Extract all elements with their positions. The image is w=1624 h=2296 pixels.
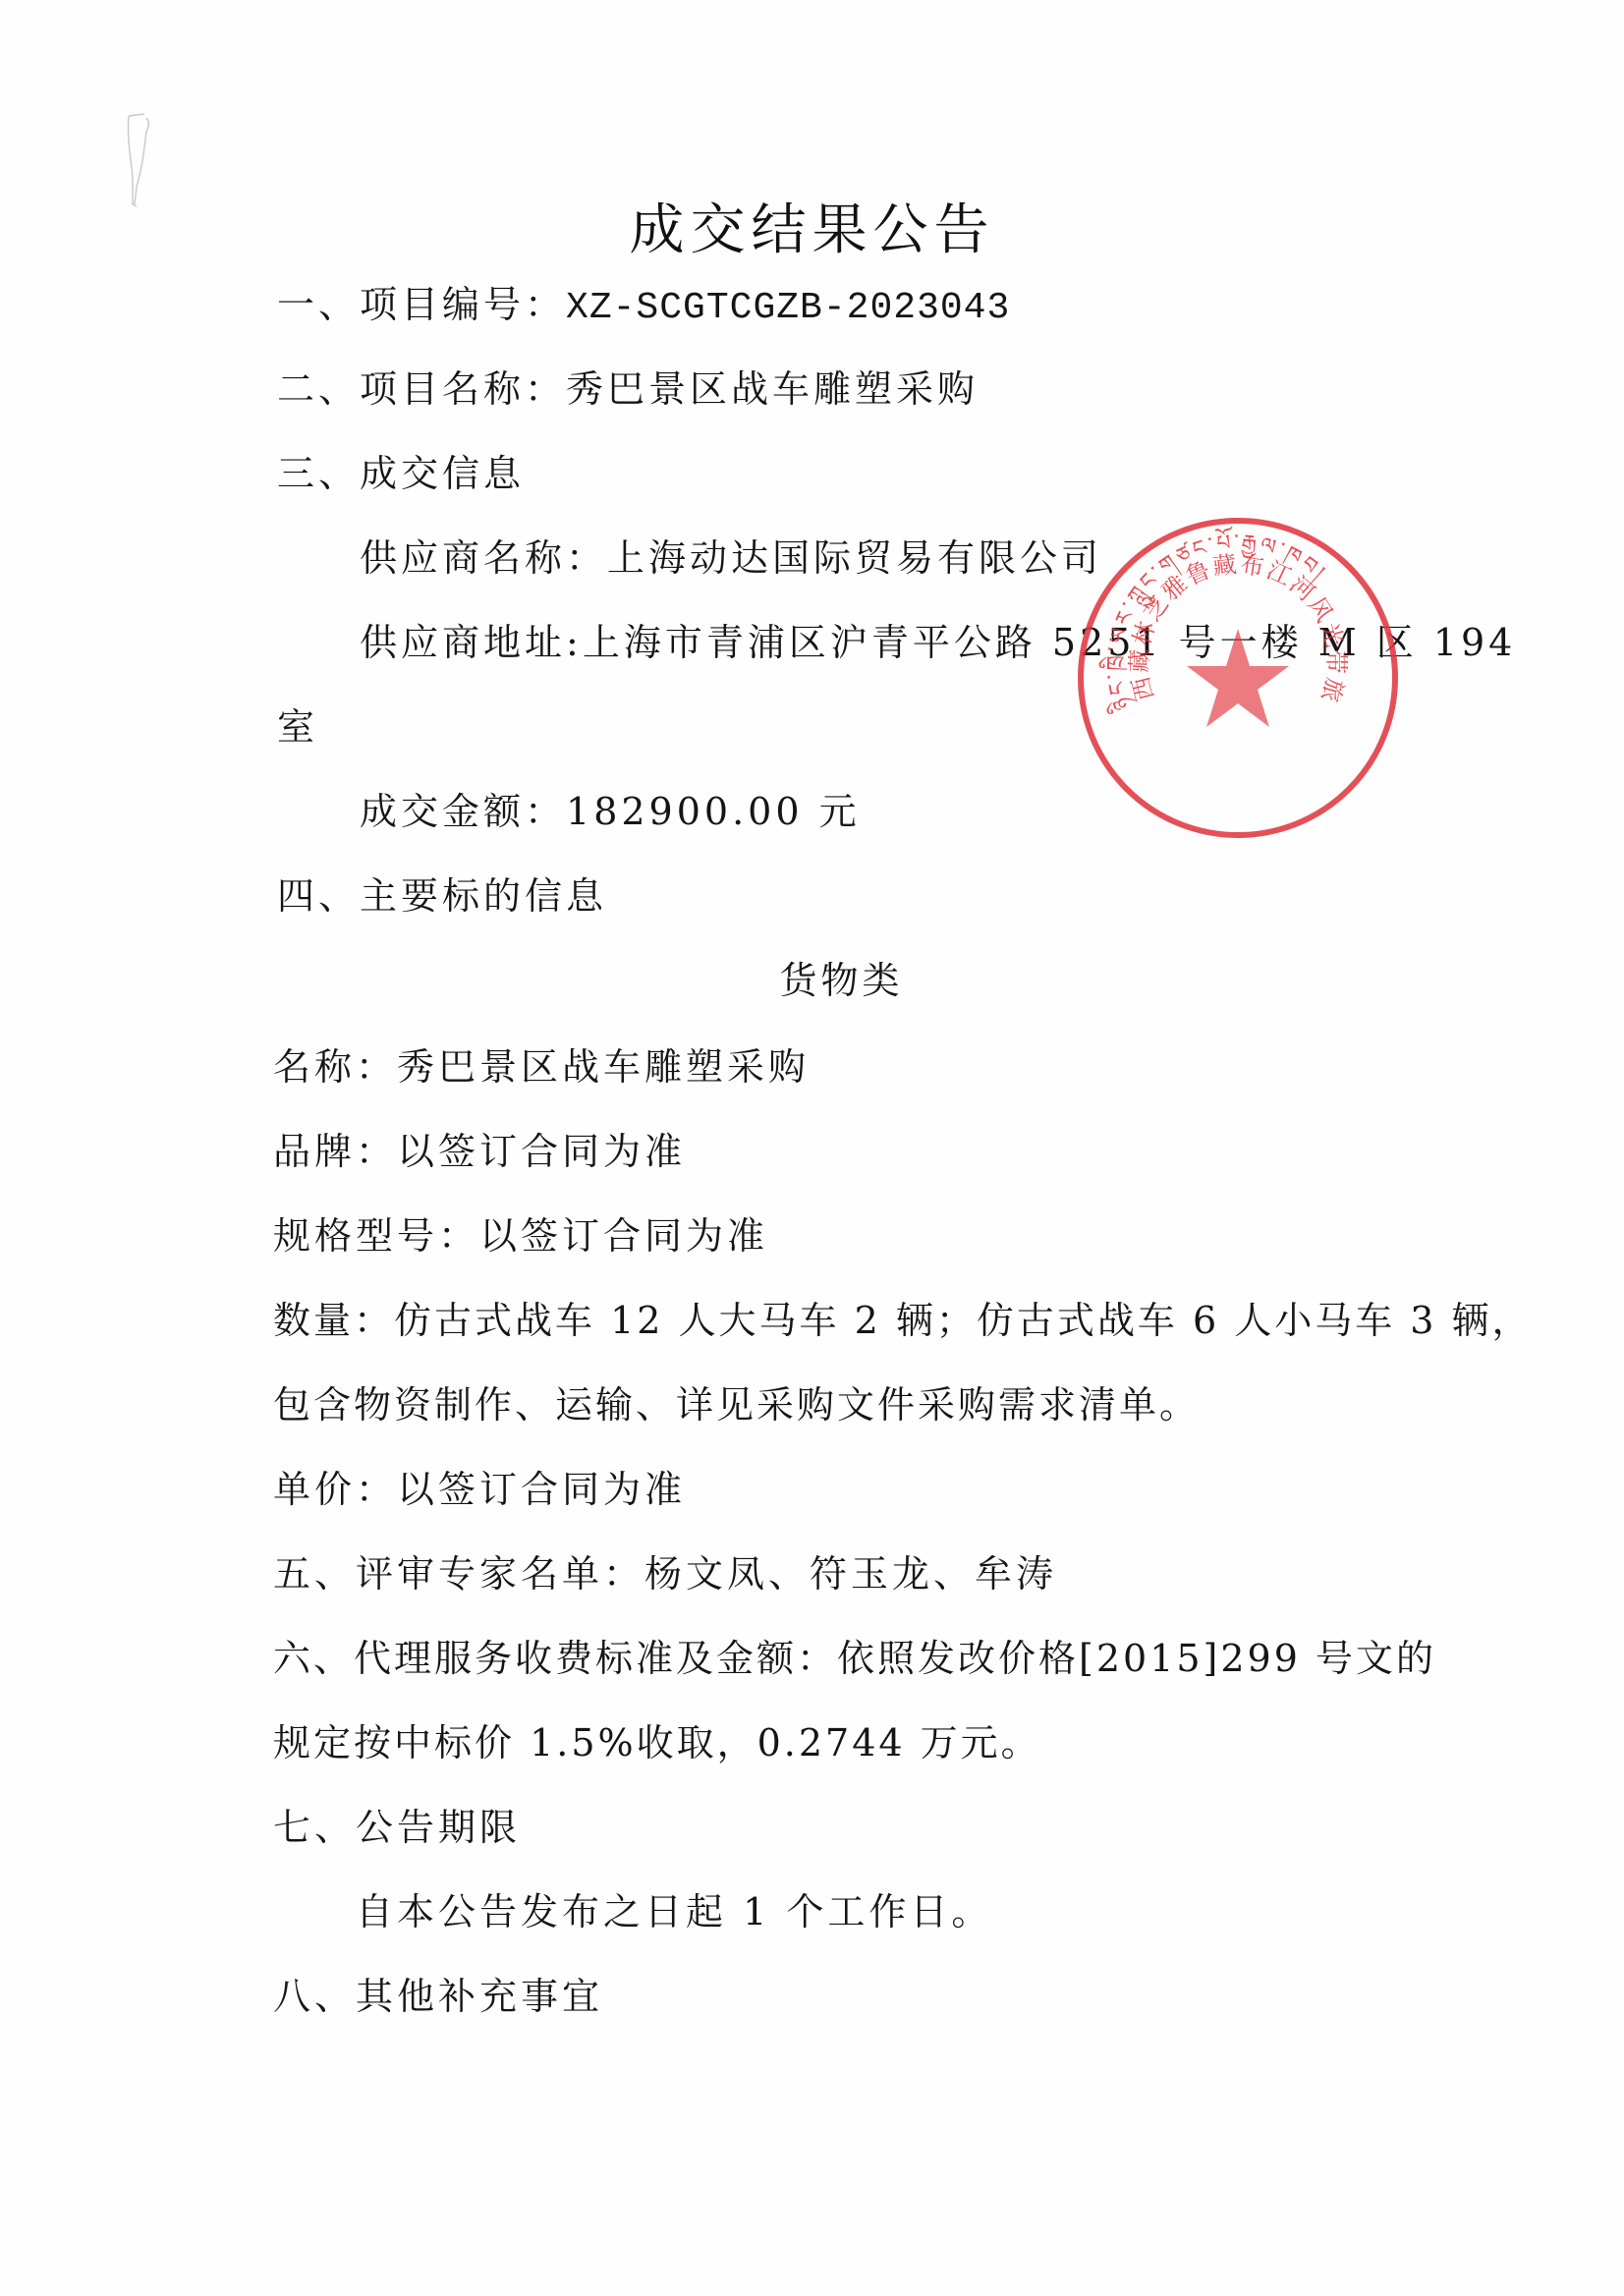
spec-row: 规格型号：以签订合同为准 xyxy=(273,1212,768,1260)
expert-list-label: 五、评审专家名单： xyxy=(273,1552,644,1596)
quantity-continuation: 包含物资制作、运输、详见采购文件采购需求清单。 xyxy=(273,1381,1200,1428)
goods-name-label: 名称： xyxy=(273,1045,397,1089)
unit-price-value: 以签订合同为准 xyxy=(397,1468,686,1511)
brand-value: 以签订合同为准 xyxy=(397,1130,686,1173)
project-name-value: 秀巴景区战车雕塑采购 xyxy=(566,367,979,411)
other-matters-heading: 八、其他补充事宜 xyxy=(273,1973,603,2020)
agency-fee-label: 六、代理服务收费标准及金额： xyxy=(273,1637,837,1680)
unit-price-row: 单价：以签订合同为准 xyxy=(273,1466,686,1513)
expert-list-row: 五、评审专家名单：杨文凤、符玉龙、牟涛 xyxy=(273,1550,1057,1597)
deal-amount-row: 成交金额：182900.00 元 xyxy=(360,788,861,835)
supplier-name-row: 供应商名称：上海动达国际贸易有限公司 xyxy=(360,534,1102,582)
subject-info-heading: 四、主要标的信息 xyxy=(277,872,607,920)
quantity-value: 仿古式战车 12 人大马车 2 辆；仿古式战车 6 人小马车 3 辆， xyxy=(394,1299,1533,1342)
goods-name-value: 秀巴景区战车雕塑采购 xyxy=(397,1045,810,1089)
spec-label: 规格型号： xyxy=(273,1214,479,1258)
agency-fee-row: 六、代理服务收费标准及金额：依照发改价格[2015]299 号文的 xyxy=(273,1635,1436,1682)
svg-text:西藏林芝雅鲁藏布江河风光带旅游开发有限公司: 西藏林芝雅鲁藏布江河风光带旅游开发有限公司 xyxy=(1071,511,1350,707)
project-number-row: 一、项目编号：XZ-SCGTCGZB-2023043 xyxy=(277,281,1010,332)
supplier-address-row: 供应商地址:上海市青浦区沪青平公路 5251 号一楼 M 区 194 xyxy=(360,619,1516,666)
brand-row: 品牌：以签订合同为准 xyxy=(273,1128,686,1175)
official-seal-icon: ཉིང་ཁྲི་ཡར་ཀླུང་གཙང་པོ་རྒྱལ་ཁབ། 西藏林芝雅鲁藏布… xyxy=(1071,511,1405,845)
quantity-row: 数量：仿古式战车 12 人大马车 2 辆；仿古式战车 6 人小马车 3 辆， xyxy=(273,1297,1533,1344)
goods-name-row: 名称：秀巴景区战车雕塑采购 xyxy=(273,1043,810,1091)
scanned-page: 成交结果公告 一、项目编号：XZ-SCGTCGZB-2023043 二、项目名称… xyxy=(0,0,1624,2296)
supplier-address-value: 上海市青浦区沪青平公路 5251 号一楼 M 区 194 xyxy=(583,621,1517,664)
supplier-name-label: 供应商名称： xyxy=(360,536,607,580)
agency-fee-continuation: 规定按中标价 1.5%收取，0.2744 万元。 xyxy=(273,1719,1041,1766)
project-name-label: 二、项目名称： xyxy=(277,367,566,411)
page-title: 成交结果公告 xyxy=(0,187,1624,265)
supplier-address-label: 供应商地址: xyxy=(360,621,583,664)
deal-amount-label: 成交金额： xyxy=(360,790,566,833)
supplier-address-continuation: 室 xyxy=(277,703,318,751)
goods-category: 货物类 xyxy=(0,957,1624,1004)
expert-list-value: 杨文凤、符玉龙、牟涛 xyxy=(644,1552,1057,1596)
notice-period-heading: 七、公告期限 xyxy=(273,1804,521,1851)
agency-fee-value: 依照发改价格[2015]299 号文的 xyxy=(837,1637,1436,1680)
notice-period-body: 自本公告发布之日起 1 个工作日。 xyxy=(356,1888,992,1935)
deal-amount-value: 182900.00 元 xyxy=(566,790,861,833)
project-number-value: XZ-SCGTCGZB-2023043 xyxy=(566,287,1010,329)
supplier-name-value: 上海动达国际贸易有限公司 xyxy=(607,536,1102,580)
unit-price-label: 单价： xyxy=(273,1468,397,1511)
project-number-label: 一、项目编号： xyxy=(277,283,566,326)
deal-info-heading: 三、成交信息 xyxy=(277,450,525,497)
quantity-label: 数量： xyxy=(273,1299,394,1342)
brand-label: 品牌： xyxy=(273,1130,397,1173)
spec-value: 以签订合同为准 xyxy=(479,1214,768,1258)
project-name-row: 二、项目名称：秀巴景区战车雕塑采购 xyxy=(277,365,979,413)
